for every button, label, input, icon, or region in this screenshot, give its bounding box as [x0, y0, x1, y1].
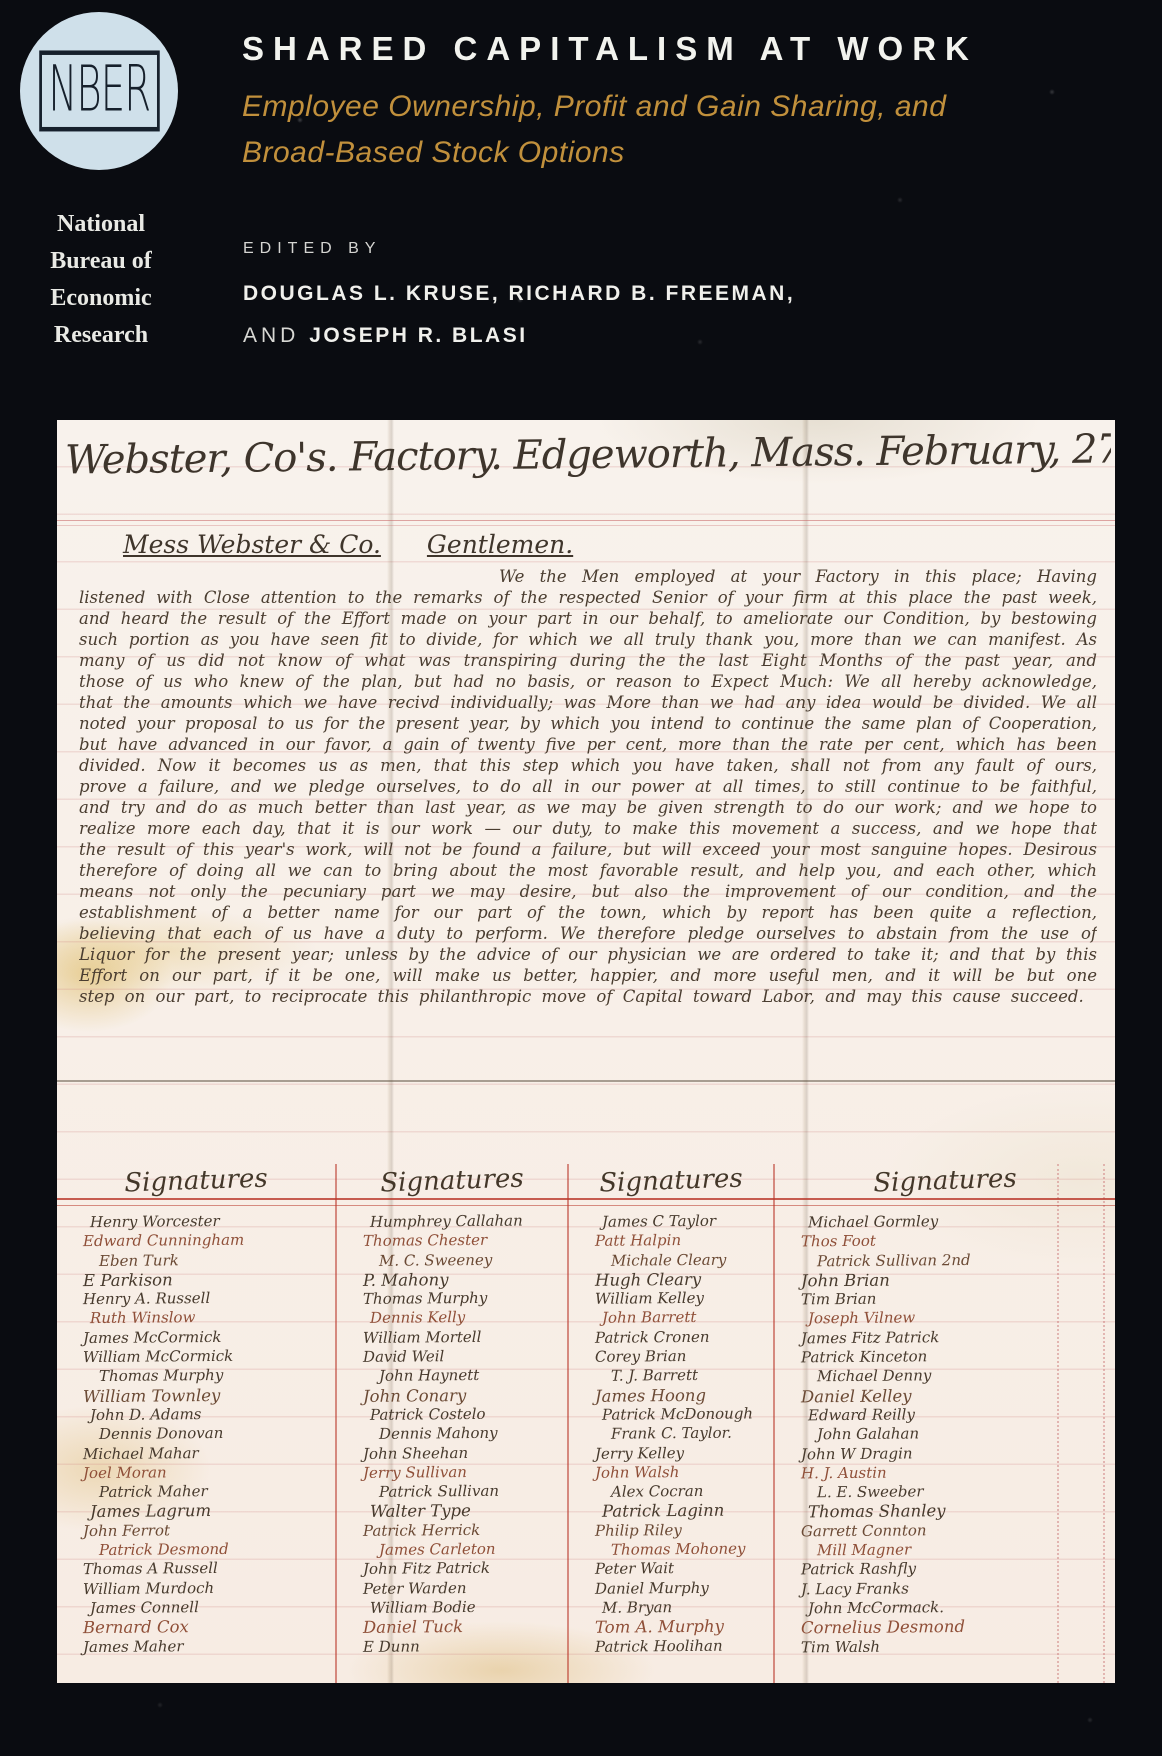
- signature-name: William Kelley: [595, 1288, 773, 1309]
- signature-name: David Weil: [363, 1346, 567, 1367]
- signature-name: Patrick McDonough: [602, 1404, 773, 1425]
- signature-name: John W Dragin: [801, 1442, 1115, 1464]
- signature-name: Peter Wait: [595, 1559, 773, 1580]
- signature-name: Henry Worcester: [90, 1211, 335, 1232]
- signature-name: John Barrett: [602, 1308, 773, 1329]
- letter-salutation: Mess Webster & Co.Gentlemen.: [123, 530, 573, 559]
- signatures-section: Signatures Henry WorcesterEdward Cunning…: [57, 1164, 1115, 1683]
- signature-name: T. J. Barrett: [611, 1366, 773, 1387]
- signature-name: John Sheehan: [363, 1443, 567, 1464]
- signature-name: Thomas A Russell: [83, 1558, 335, 1579]
- signature-name: Humphrey Callahan: [370, 1211, 567, 1232]
- signature-column: Signatures Henry WorcesterEdward Cunning…: [57, 1164, 335, 1683]
- signature-name: James Carleton: [379, 1539, 567, 1560]
- signature-name: John Ferrot: [83, 1520, 335, 1541]
- signature-name: Patrick Herrick: [363, 1520, 567, 1541]
- signature-name: Patrick Laginn: [602, 1501, 773, 1522]
- signature-name: James C Taylor: [602, 1211, 773, 1232]
- signature-name: John Fitz Patrick: [363, 1558, 567, 1579]
- signature-name: John Conary: [363, 1385, 567, 1406]
- signature-name: Daniel Murphy: [595, 1578, 773, 1599]
- editor-name: JOSEPH R. BLASI: [309, 324, 527, 347]
- signature-name: Thomas Mohoney: [611, 1539, 773, 1560]
- signatures-header: Signatures: [569, 1162, 774, 1199]
- book-subtitle: Employee Ownership, Profit and Gain Shar…: [242, 84, 946, 176]
- signature-name: Thomas Chester: [363, 1230, 567, 1251]
- signature-name: James Hoong: [595, 1385, 773, 1406]
- signature-name: E Parkison: [83, 1269, 335, 1290]
- and-label: AND: [243, 324, 309, 347]
- signature-name: Peter Warden: [363, 1578, 567, 1599]
- signature-name: Joseph Vilnew: [808, 1307, 1115, 1329]
- signatures-header-rule: [57, 1198, 1115, 1206]
- signature-name: Patrick Sullivan 2nd: [817, 1249, 1115, 1271]
- signature-name: M. Bryan: [602, 1597, 773, 1618]
- ledger-rule: [57, 1080, 1115, 1082]
- signature-name: Daniel Tuck: [363, 1616, 567, 1637]
- signature-name: Michael Mahar: [83, 1442, 335, 1463]
- signature-name: Ruth Winslow: [90, 1307, 335, 1328]
- subtitle-line: Employee Ownership, Profit and Gain Shar…: [242, 84, 946, 130]
- signatures-header: Signatures: [57, 1161, 335, 1201]
- signature-name: John D. Adams: [90, 1404, 335, 1425]
- signature-name: Patt Halpin: [595, 1231, 773, 1252]
- signature-name: Jerry Kelley: [595, 1443, 773, 1464]
- signature-column: Signatures Humphrey CallahanThomas Chest…: [335, 1164, 567, 1683]
- signature-name: Patrick Rashfly: [801, 1558, 1115, 1580]
- publisher-line: Research: [15, 317, 187, 354]
- publisher-line: National: [15, 206, 187, 243]
- signature-name: P. Mahony: [363, 1269, 567, 1290]
- signature-name: J. Lacy Franks: [801, 1577, 1115, 1599]
- publisher-line: Economic: [15, 280, 187, 317]
- signature-name-list: Henry WorcesterEdward CunninghamEben Tur…: [57, 1212, 335, 1656]
- letter-body: We the Men employed at your Factory in t…: [79, 566, 1097, 1066]
- editors-line: AND JOSEPH R. BLASI: [243, 324, 528, 348]
- signature-name: Patrick Sullivan: [379, 1481, 567, 1502]
- signature-name: Tim Walsh: [801, 1635, 1115, 1657]
- book-cover: NBER National Bureau of Economic Researc…: [0, 0, 1162, 1756]
- signature-name: Corey Brian: [595, 1346, 773, 1367]
- editors-line: DOUGLAS L. KRUSE, RICHARD B. FREEMAN,: [243, 282, 795, 306]
- signature-name: E Dunn: [363, 1636, 567, 1657]
- signature-name: Dennis Mahony: [379, 1423, 567, 1444]
- signature-name: Alex Cocran: [611, 1481, 773, 1502]
- nber-logo: NBER: [20, 12, 178, 170]
- signatures-header: Signatures: [337, 1162, 568, 1200]
- signature-name: M. C. Sweeney: [379, 1250, 567, 1271]
- signature-name: Patrick Desmond: [99, 1539, 335, 1560]
- signature-name-list: James C TaylorPatt HalpinMichale ClearyH…: [569, 1212, 773, 1656]
- signature-name: William Mortell: [363, 1327, 567, 1348]
- signature-name: Hugh Cleary: [595, 1269, 773, 1290]
- signature-name-list: Michael GormleyThos FootPatrick Sullivan…: [775, 1212, 1115, 1656]
- signature-name: Michale Cleary: [611, 1250, 773, 1271]
- signature-name: Cornelius Desmond: [801, 1616, 1115, 1638]
- signature-name: James Lagrum: [90, 1500, 335, 1521]
- ledger-rule: [57, 520, 1115, 526]
- signature-name: Patrick Cronen: [595, 1327, 773, 1348]
- signature-name: Thomas Murphy: [363, 1288, 567, 1309]
- signature-column: Signatures Michael GormleyThos FootPatri…: [773, 1164, 1115, 1683]
- signature-name: William Townley: [83, 1385, 335, 1406]
- signature-name: Eben Turk: [99, 1250, 335, 1271]
- signature-name: Frank C. Taylor.: [611, 1424, 773, 1445]
- signature-name: Daniel Kelley: [801, 1384, 1115, 1406]
- edited-by-label: EDITED BY: [243, 240, 381, 258]
- signature-name: William Bodie: [370, 1597, 567, 1618]
- signature-name-list: Humphrey CallahanThomas ChesterM. C. Swe…: [337, 1212, 567, 1656]
- signature-name: Patrick Costelo: [370, 1404, 567, 1425]
- book-title: SHARED CAPITALISM AT WORK: [242, 30, 978, 68]
- signature-name: William McCormick: [83, 1346, 335, 1367]
- signature-name: John Galahan: [817, 1423, 1115, 1445]
- signature-name: Bernard Cox: [83, 1616, 335, 1637]
- signature-name: Thomas Shanley: [808, 1500, 1115, 1522]
- signature-name: John Haynett: [379, 1366, 567, 1387]
- signature-name: William Murdoch: [83, 1578, 335, 1599]
- signature-name: Tom A. Murphy: [595, 1616, 773, 1637]
- signature-name: James Connell: [90, 1597, 335, 1618]
- publisher-name: National Bureau of Economic Research: [15, 206, 187, 354]
- letter-dateline: Webster, Co's. Factory. Edgeworth, Mass.…: [65, 427, 1111, 484]
- signature-name: James Maher: [83, 1635, 335, 1656]
- signature-column: Signatures James C TaylorPatt HalpinMich…: [567, 1164, 773, 1683]
- signature-name: Thomas Murphy: [99, 1365, 335, 1386]
- signature-name: James McCormick: [83, 1327, 335, 1348]
- salutation-greeting: Gentlemen.: [427, 530, 573, 559]
- signature-name: Edward Cunningham: [83, 1230, 335, 1251]
- signature-name: Joel Moran: [83, 1462, 335, 1483]
- signature-name: Dennis Donovan: [99, 1423, 335, 1444]
- signature-name: Thos Foot: [801, 1230, 1115, 1252]
- signature-name: Patrick Hoolihan: [595, 1636, 773, 1657]
- nber-monogram: NBER: [39, 50, 159, 131]
- signature-name: John Walsh: [595, 1462, 773, 1483]
- signatures-header: Signatures: [775, 1160, 1115, 1202]
- publisher-line: Bureau of: [15, 243, 187, 280]
- salutation-recipient: Mess Webster & Co.: [123, 530, 381, 559]
- signature-name: Michael Denny: [817, 1365, 1115, 1387]
- subtitle-line: Broad-Based Stock Options: [242, 130, 946, 176]
- signature-name: Jerry Sullivan: [363, 1462, 567, 1483]
- signature-name: Walter Type: [370, 1501, 567, 1522]
- signature-name: Dennis Kelly: [370, 1308, 567, 1329]
- signature-name: Philip Riley: [595, 1520, 773, 1541]
- letter-photograph: Webster, Co's. Factory. Edgeworth, Mass.…: [57, 420, 1115, 1683]
